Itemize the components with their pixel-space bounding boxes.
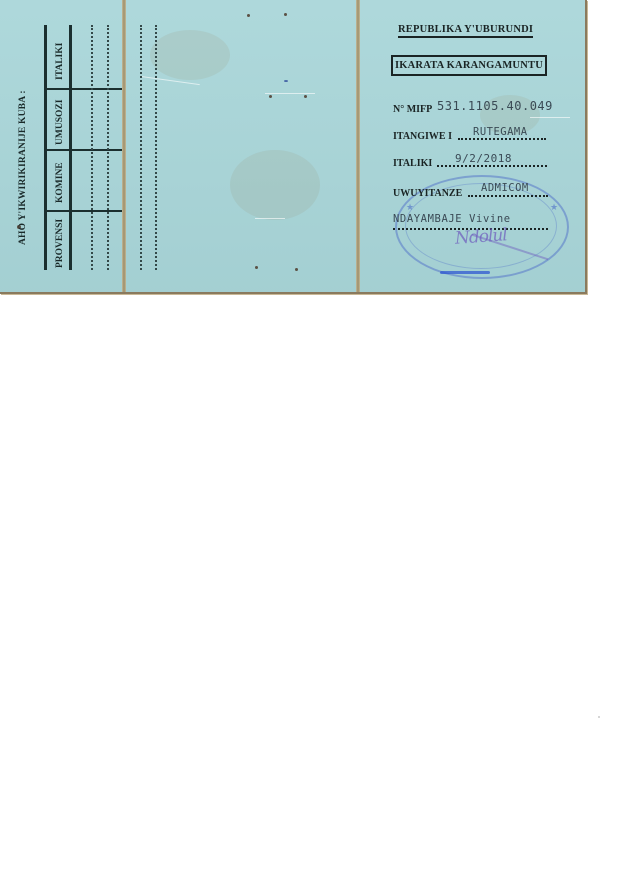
crease [530, 117, 570, 118]
stamp-star-icon: ★ [406, 202, 414, 213]
stain [150, 30, 230, 80]
issuer-name: NDAYAMBAJE Vivine [393, 213, 548, 225]
punch-hole [295, 268, 298, 271]
crease [255, 218, 285, 219]
table-divider [46, 210, 122, 212]
punch-hole [269, 95, 272, 98]
table-border [44, 25, 47, 270]
punch-hole [304, 95, 307, 98]
fold-line [122, 0, 126, 292]
table-dotted-line [140, 25, 142, 270]
ink-mark [284, 80, 288, 82]
table-divider [46, 88, 122, 90]
scan-speck [598, 716, 600, 718]
crease [265, 93, 315, 94]
table-dotted-line [155, 25, 157, 270]
punch-hole [247, 14, 250, 17]
stain [230, 150, 320, 220]
stamp-star-icon: ★ [550, 202, 558, 213]
table-border [69, 25, 72, 270]
stamp-ink-mark [440, 271, 490, 274]
fold-line [356, 0, 360, 292]
country-header: REPUBLIKA Y'UBURUNDI [398, 24, 533, 38]
table-divider [46, 149, 122, 151]
document-title: IKARATA KARANGAMUNTU [391, 55, 547, 76]
punch-hole [255, 266, 258, 269]
punch-hole [284, 13, 287, 16]
table-dotted-line [107, 25, 109, 270]
table-dotted-line [91, 25, 93, 270]
